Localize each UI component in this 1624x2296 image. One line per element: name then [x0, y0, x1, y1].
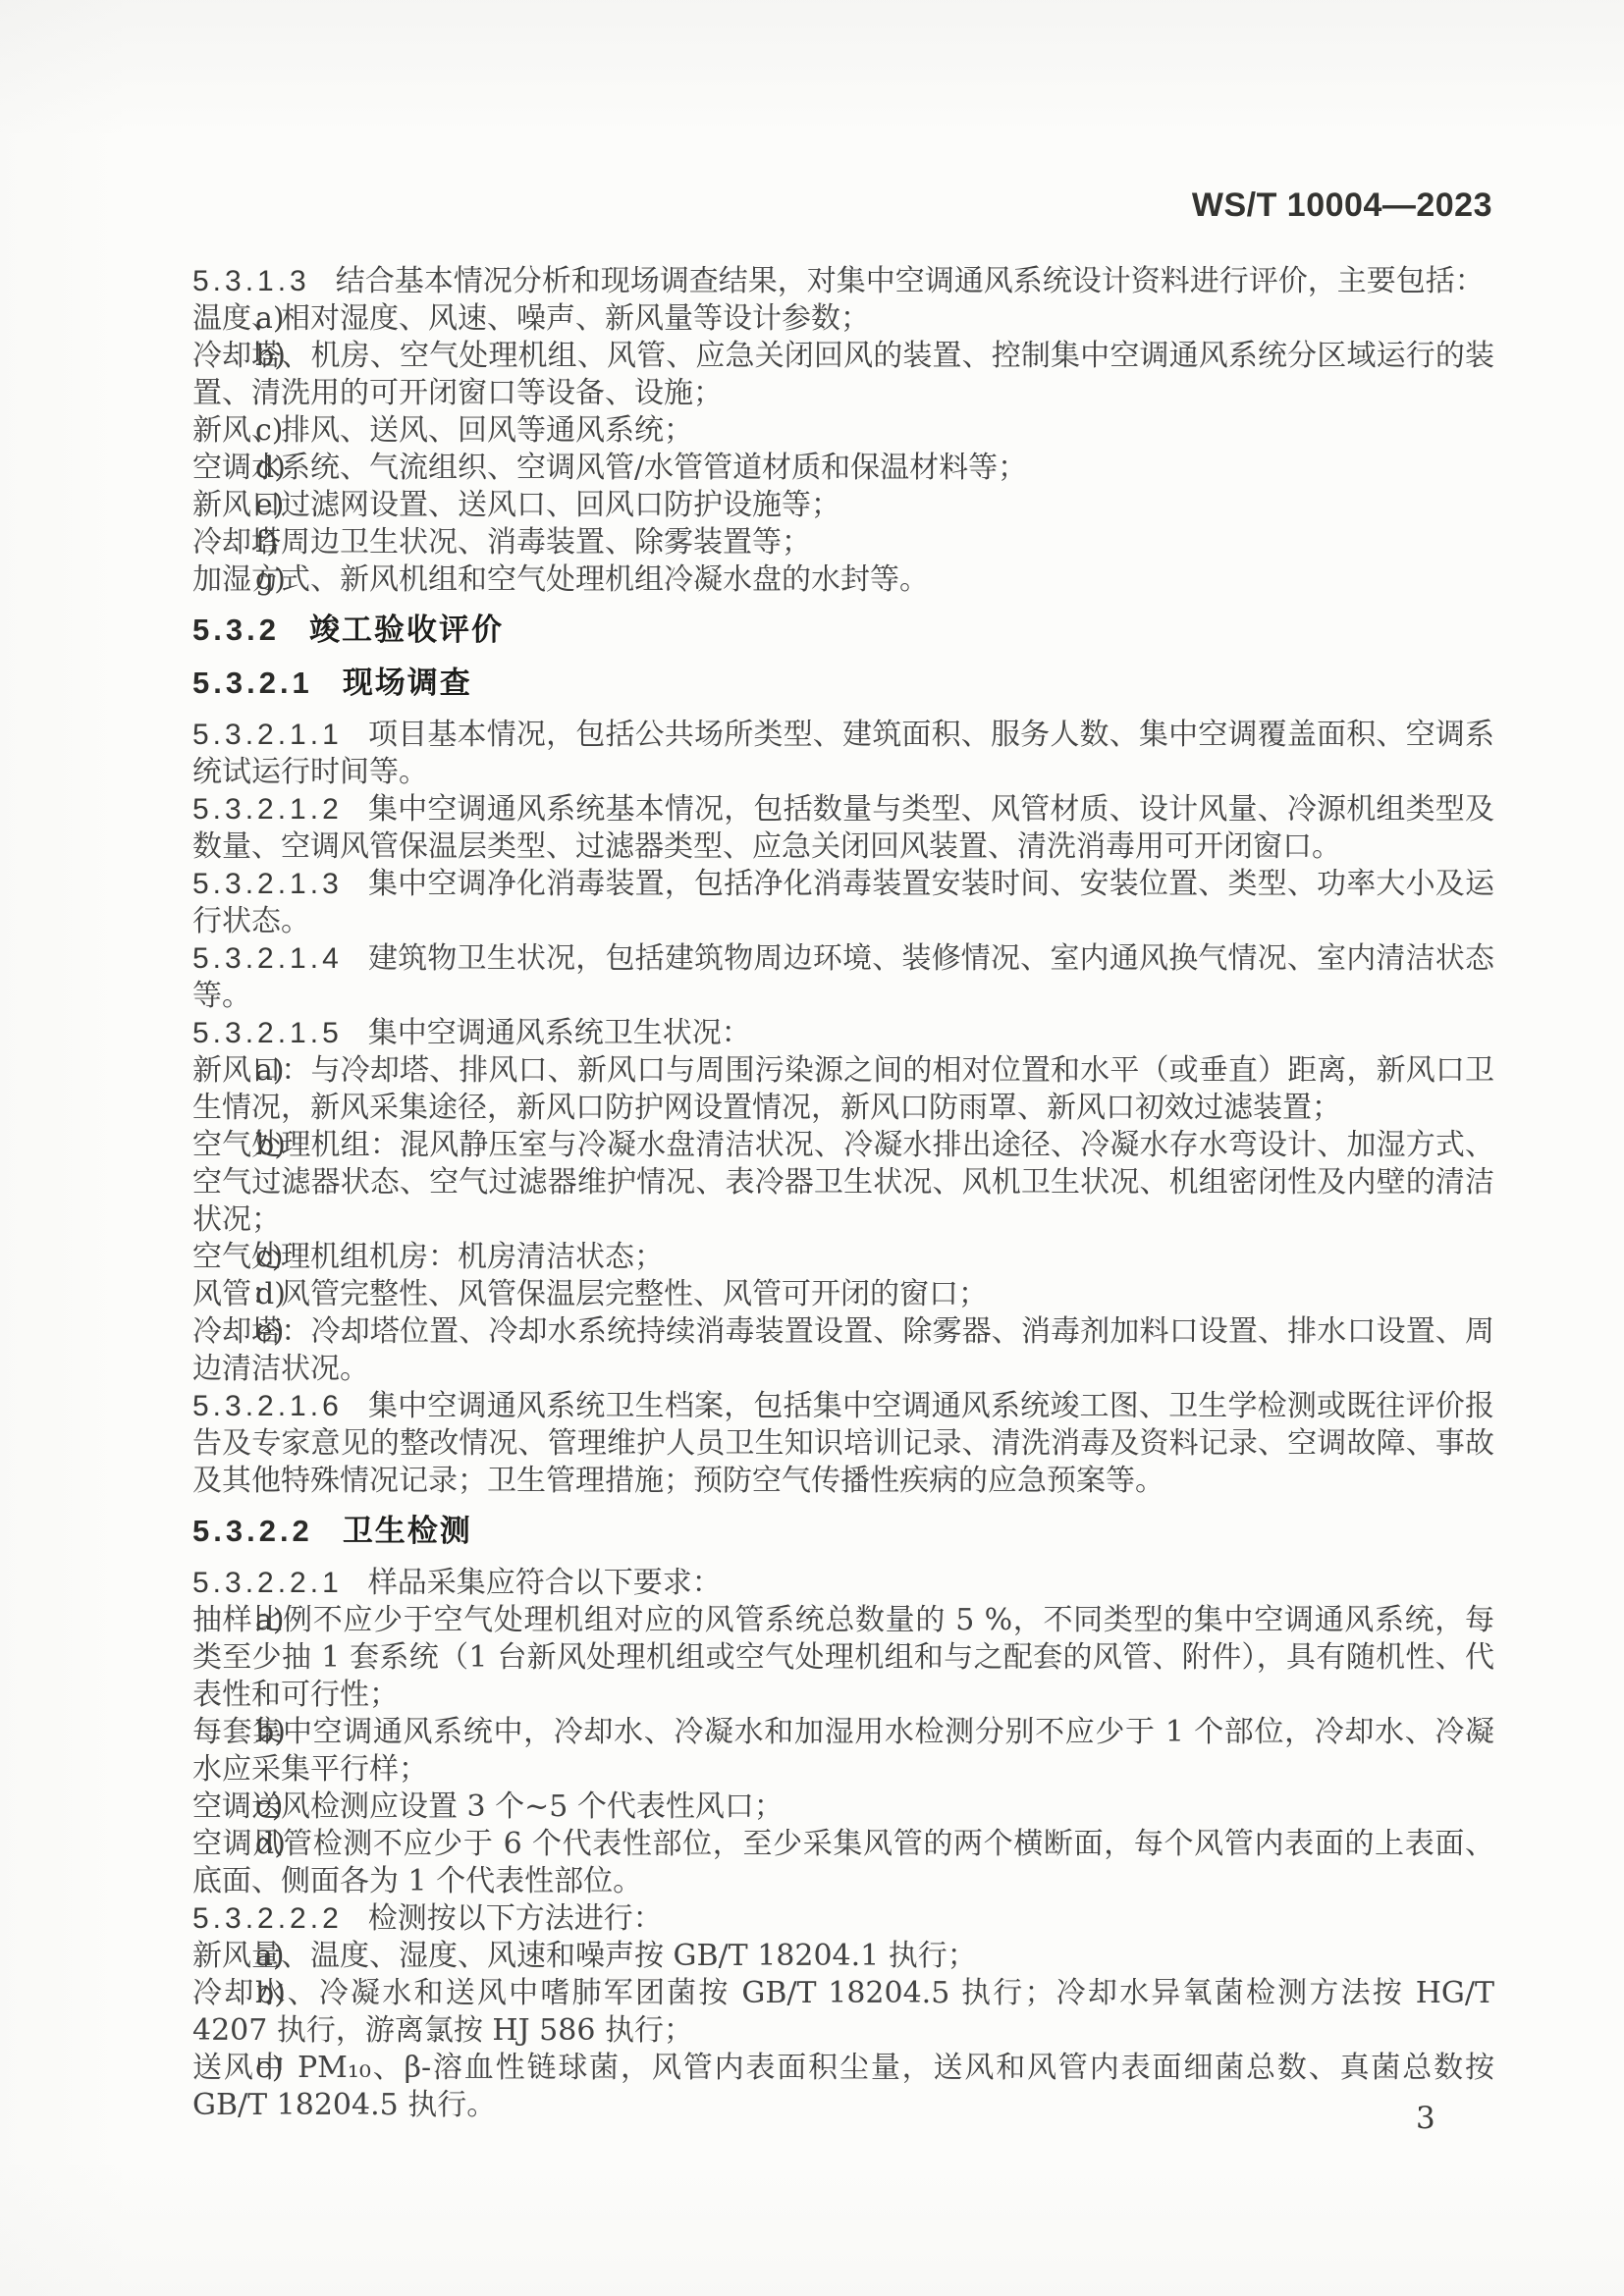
list-item-text: 冷却水、冷凝水和送风中嗜肺军团菌按 GB/T 18204.5 执行；冷却水异氧菌… [192, 1976, 1494, 2048]
clause-number: 5.3.2.1.1 [192, 719, 343, 751]
list-item: d)空调水系统、气流组织、空调风管/水管管道材质和保温材料等； [192, 450, 1494, 487]
list-item-label: e) [255, 1313, 284, 1351]
clause-number: 5.3.2.1.3 [192, 868, 343, 900]
list-item-label: b) [255, 1975, 286, 2012]
list-item: f)冷却塔周边卫生状况、消毒装置、除雾装置等； [192, 524, 1494, 561]
section-heading: 5.3.2.2卫生检测 [192, 1512, 1494, 1551]
standard-code: WS/T 10004—2023 [1192, 187, 1492, 225]
clause-text: 集中空调通风系统基本情况，包括数量与类型、风管材质、设计风量、冷源机组类型及数量… [192, 792, 1494, 864]
list-item-text: 送风中 PM₁₀、β-溶血性链球菌，风管内表面积尘量，送风和风管内表面细菌总数、… [192, 2051, 1494, 2122]
clause-text: 检测按以下方法进行： [368, 1901, 663, 1936]
clause-paragraph: 5.3.2.1.2集中空调通风系统基本情况，包括数量与类型、风管材质、设计风量、… [192, 791, 1494, 866]
clause-number: 5.3.2.2.1 [192, 1567, 343, 1599]
clause-paragraph: 5.3.2.1.4建筑物卫生状况，包括建筑物周边环境、装修情况、室内通风换气情况… [192, 940, 1494, 1015]
list-item-label: e) [255, 487, 284, 524]
list-item-text: 风管：风管完整性、风管保温层完整性、风管可开闭的窗口； [192, 1277, 988, 1311]
list-item: e)冷却塔：冷却塔位置、冷却水系统持续消毒装置设置、除雾器、消毒剂加料口设置、排… [192, 1313, 1494, 1388]
clause-number: 5.3.2.1.2 [192, 793, 343, 826]
list-item: b)空气处理机组：混风静压室与冷凝水盘清洁状况、冷凝水排出途径、冷凝水存水弯设计… [192, 1127, 1494, 1239]
list-item: a)抽样比例不应少于空气处理机组对应的风管系统总数量的 5 %，不同类型的集中空… [192, 1602, 1494, 1714]
clause-paragraph: 5.3.2.2.1样品采集应符合以下要求： [192, 1565, 1494, 1602]
list-item-text: 新风口过滤网设置、送风口、回风口防护设施等； [192, 488, 840, 522]
list-item-label: a) [255, 1052, 285, 1090]
section-heading: 5.3.2竣工验收评价 [192, 611, 1494, 650]
list-item-label: b) [255, 1127, 286, 1164]
list-item: c)空气处理机组机房：机房清洁状态； [192, 1239, 1494, 1276]
clause-text: 建筑物卫生状况，包括建筑物周边环境、装修情况、室内通风换气情况、室内清洁状态等。 [192, 941, 1494, 1013]
list-item-text: 新风量、温度、湿度、风速和噪声按 GB/T 18204.1 执行； [192, 1939, 977, 1973]
list-item-text: 温度、相对湿度、风速、噪声、新风量等设计参数； [192, 301, 870, 336]
list-item-label: d) [255, 1276, 286, 1313]
list-item-text: 冷却塔：冷却塔位置、冷却水系统持续消毒装置设置、除雾器、消毒剂加料口设置、排水口… [192, 1314, 1494, 1386]
clause-number: 5.3.1.3 [192, 265, 310, 297]
clause-number: 5.3.2.1.6 [192, 1390, 343, 1422]
clause-text: 集中空调通风系统卫生状况： [368, 1016, 751, 1050]
list-item-label: b) [255, 338, 286, 375]
heading-title: 竣工验收评价 [309, 613, 504, 647]
clause-number: 5.3.2.2.2 [192, 1902, 343, 1935]
list-item: a)温度、相对湿度、风速、噪声、新风量等设计参数； [192, 300, 1494, 338]
clause-paragraph: 5.3.2.2.2检测按以下方法进行： [192, 1900, 1494, 1938]
clause-text: 集中空调净化消毒装置，包括净化消毒装置安装时间、安装位置、类型、功率大小及运行状… [192, 867, 1494, 938]
clause-paragraph: 5.3.2.1.3集中空调净化消毒装置，包括净化消毒装置安装时间、安装位置、类型… [192, 866, 1494, 940]
list-item: c)新风、排风、送风、回风等通风系统； [192, 412, 1494, 450]
heading-number: 5.3.2.1 [192, 666, 313, 700]
clause-text: 结合基本情况分析和现场调查结果，对集中空调通风系统设计资料进行评价，主要包括： [336, 264, 1485, 298]
list-item-text: 每套集中空调通风系统中，冷却水、冷凝水和加湿用水检测分别不应少于 1 个部位，冷… [192, 1715, 1494, 1787]
list-item-text: 抽样比例不应少于空气处理机组对应的风管系统总数量的 5 %，不同类型的集中空调通… [192, 1603, 1494, 1712]
clause-paragraph: 5.3.2.1.6集中空调通风系统卫生档案，包括集中空调通风系统竣工图、卫生学检… [192, 1388, 1494, 1500]
list-item-text: 新风口：与冷却塔、排风口、新风口与周围污染源之间的相对位置和水平（或垂直）距离，… [192, 1053, 1494, 1125]
list-item: a)新风口：与冷却塔、排风口、新风口与周围污染源之间的相对位置和水平（或垂直）距… [192, 1052, 1494, 1127]
list-item-text: 冷却塔周边卫生状况、消毒装置、除雾装置等； [192, 525, 811, 560]
list-item-label: d) [255, 450, 286, 487]
page-number: 3 [1416, 2101, 1435, 2136]
list-item: e)新风口过滤网设置、送风口、回风口防护设施等； [192, 487, 1494, 524]
list-item-label: c) [255, 2050, 284, 2087]
clause-text: 集中空调通风系统卫生档案，包括集中空调通风系统竣工图、卫生学检测或既往评价报告及… [192, 1389, 1494, 1498]
list-item-text: 空调风管检测不应少于 6 个代表性部位，至少采集风管的两个横断面，每个风管内表面… [192, 1827, 1494, 1898]
list-item: b)每套集中空调通风系统中，冷却水、冷凝水和加湿用水检测分别不应少于 1 个部位… [192, 1714, 1494, 1789]
list-item-text: 空调水系统、气流组织、空调风管/水管管道材质和保温材料等； [192, 451, 1027, 485]
list-item-label: b) [255, 1714, 286, 1751]
list-item: c)空调送风检测应设置 3 个~5 个代表性风口； [192, 1789, 1494, 1826]
list-item-text: 空气处理机组：混风静压室与冷凝水盘清洁状况、冷凝水排出途径、冷凝水存水弯设计、加… [192, 1128, 1494, 1237]
list-item-label: c) [255, 1789, 284, 1826]
list-item: b)冷却塔、机房、空气处理机组、风管、应急关闭回风的装置、控制集中空调通风系统分… [192, 338, 1494, 412]
clause-paragraph: 5.3.1.3结合基本情况分析和现场调查结果，对集中空调通风系统设计资料进行评价… [192, 263, 1494, 300]
document-body: 5.3.1.3结合基本情况分析和现场调查结果，对集中空调通风系统设计资料进行评价… [192, 263, 1494, 2124]
list-item-label: c) [255, 1239, 284, 1276]
heading-number: 5.3.2 [192, 613, 280, 647]
list-item: a)新风量、温度、湿度、风速和噪声按 GB/T 18204.1 执行； [192, 1938, 1494, 1975]
clause-number: 5.3.2.1.4 [192, 942, 343, 975]
list-item-label: f) [255, 524, 278, 561]
list-item-label: a) [255, 1602, 285, 1639]
list-item: b)冷却水、冷凝水和送风中嗜肺军团菌按 GB/T 18204.5 执行；冷却水异… [192, 1975, 1494, 2050]
list-item-label: a) [255, 300, 285, 338]
clause-number: 5.3.2.1.5 [192, 1017, 343, 1049]
list-item: c)送风中 PM₁₀、β-溶血性链球菌，风管内表面积尘量，送风和风管内表面细菌总… [192, 2050, 1494, 2124]
section-heading: 5.3.2.1现场调查 [192, 664, 1494, 703]
list-item-label: a) [255, 1938, 285, 1975]
list-item: d)风管：风管完整性、风管保温层完整性、风管可开闭的窗口； [192, 1276, 1494, 1313]
clause-paragraph: 5.3.2.1.5集中空调通风系统卫生状况： [192, 1015, 1494, 1052]
document-page: WS/T 10004—2023 5.3.1.3结合基本情况分析和现场调查结果，对… [0, 0, 1624, 2296]
heading-title: 现场调查 [343, 666, 472, 700]
list-item-text: 加湿方式、新风机组和空气处理机组冷凝水盘的水封等。 [192, 562, 929, 597]
list-item-label: g) [255, 561, 286, 599]
list-item: d)空调风管检测不应少于 6 个代表性部位，至少采集风管的两个横断面，每个风管内… [192, 1826, 1494, 1900]
list-item-label: c) [255, 412, 284, 450]
clause-paragraph: 5.3.2.1.1项目基本情况，包括公共场所类型、建筑面积、服务人数、集中空调覆… [192, 717, 1494, 791]
list-item-text: 冷却塔、机房、空气处理机组、风管、应急关闭回风的装置、控制集中空调通风系统分区域… [192, 339, 1494, 410]
list-item-label: d) [255, 1826, 286, 1863]
clause-text: 样品采集应符合以下要求： [368, 1566, 722, 1600]
list-item: g)加湿方式、新风机组和空气处理机组冷凝水盘的水封等。 [192, 561, 1494, 599]
clause-text: 项目基本情况，包括公共场所类型、建筑面积、服务人数、集中空调覆盖面积、空调系统试… [192, 718, 1494, 789]
heading-number: 5.3.2.2 [192, 1514, 313, 1548]
heading-title: 卫生检测 [343, 1514, 472, 1548]
